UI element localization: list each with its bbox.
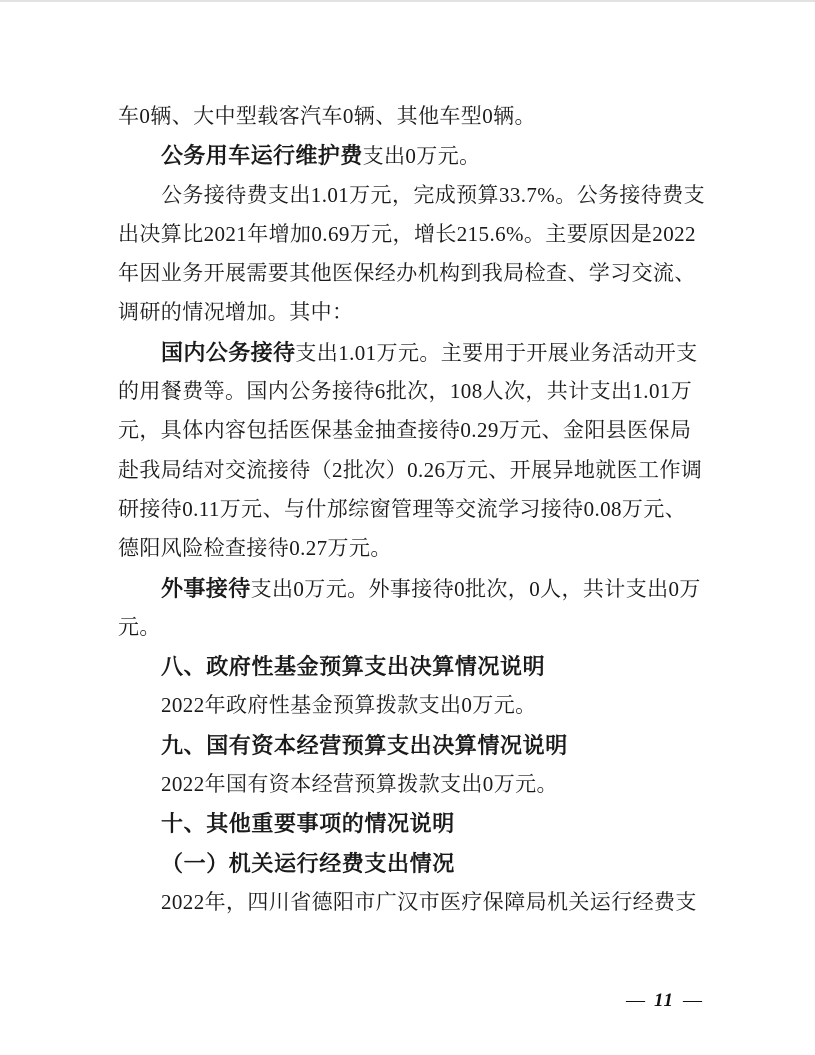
text-run: 德阳风险检查接待0.27万元。	[118, 536, 392, 560]
text-run: 2022年政府性基金预算拨款支出0万元。	[161, 693, 537, 717]
text-run: 支出1.01万元。主要用于开展业务活动开支	[295, 341, 697, 365]
text-line: 2022年，四川省德阳市广汉市医疗保障局机关运行经费支	[118, 883, 704, 922]
text-run: 调研的情况增加。其中：	[118, 300, 353, 324]
heading-line: （一）机关运行经费支出情况	[118, 844, 704, 883]
heading-line: 八、政府性基金预算支出决算情况说明	[118, 647, 704, 686]
text-run: 八、政府性基金预算支出决算情况说明	[161, 654, 545, 679]
text-run: 元，具体内容包括医保基金抽查接待0.29万元、金阳县医保局	[118, 418, 691, 442]
text-run: 九、国有资本经营预算支出决算情况说明	[161, 733, 568, 758]
text-run: 2022年，四川省德阳市广汉市医疗保障局机关运行经费支	[161, 890, 697, 914]
text-line: 德阳风险检查接待0.27万元。	[118, 529, 704, 568]
text-run: 年因业务开展需要其他医保经办机构到我局检查、学习交流、	[118, 261, 696, 285]
document-body: 车0辆、大中型载客汽车0辆、其他车型0辆。公务用车运行维护费支出0万元。公务接待…	[118, 97, 704, 922]
text-run: 出决算比2021年增加0.69万元，增长215.6%。主要原因是2022	[118, 222, 696, 246]
text-line: 元。	[118, 608, 704, 647]
text-line: 元，具体内容包括医保基金抽查接待0.29万元、金阳县医保局	[118, 411, 704, 450]
text-line: 国内公务接待支出1.01万元。主要用于开展业务活动开支	[118, 333, 704, 372]
text-line: 年因业务开展需要其他医保经办机构到我局检查、学习交流、	[118, 254, 704, 293]
footer-dash-left: —	[626, 990, 645, 1012]
document-page: 车0辆、大中型载客汽车0辆、其他车型0辆。公务用车运行维护费支出0万元。公务接待…	[0, 0, 815, 1055]
text-run: 元。	[118, 615, 161, 639]
text-line: 的用餐费等。国内公务接待6批次，108人次，共计支出1.01万	[118, 372, 704, 411]
text-run: 车0辆、大中型载客汽车0辆、其他车型0辆。	[118, 104, 536, 128]
text-line: 2022年国有资本经营预算拨款支出0万元。	[118, 765, 704, 804]
text-run: 支出0万元。	[363, 144, 481, 168]
text-run: （一）机关运行经费支出情况	[161, 851, 455, 876]
text-run: 公务接待费支出1.01万元，完成预算33.7%。公务接待费支	[161, 183, 705, 207]
page-number: 11	[654, 990, 674, 1012]
text-line: 研接待0.11万元、与什邡综窗管理等交流学习接待0.08万元、	[118, 490, 704, 529]
bold-term: 国内公务接待	[161, 340, 295, 365]
text-run: 支出0万元。外事接待0批次，0人，共计支出0万	[251, 577, 701, 601]
text-line: 出决算比2021年增加0.69万元，增长215.6%。主要原因是2022	[118, 215, 704, 254]
bold-term: 外事接待	[161, 576, 251, 601]
text-run: 赴我局结对交流接待（2批次）0.26万元、开展异地就医工作调	[118, 458, 702, 482]
footer-dash-right: —	[683, 990, 702, 1012]
page-top-edge-line	[0, 0, 815, 2]
text-line: 2022年政府性基金预算拨款支出0万元。	[118, 686, 704, 725]
bold-term: 公务用车运行维护费	[161, 143, 363, 168]
text-line: 公务用车运行维护费支出0万元。	[118, 136, 704, 175]
text-line: 公务接待费支出1.01万元，完成预算33.7%。公务接待费支	[118, 176, 704, 215]
text-run: 十、其他重要事项的情况说明	[161, 811, 455, 836]
text-run: 2022年国有资本经营预算拨款支出0万元。	[161, 772, 558, 796]
text-run: 的用餐费等。国内公务接待6批次，108人次，共计支出1.01万	[118, 379, 692, 403]
text-line: 调研的情况增加。其中：	[118, 293, 704, 332]
text-line: 车0辆、大中型载客汽车0辆、其他车型0辆。	[118, 97, 704, 136]
text-run: 研接待0.11万元、与什邡综窗管理等交流学习接待0.08万元、	[118, 497, 686, 521]
page-footer: — 11 —	[626, 990, 702, 1012]
text-line: 赴我局结对交流接待（2批次）0.26万元、开展异地就医工作调	[118, 451, 704, 490]
heading-line: 九、国有资本经营预算支出决算情况说明	[118, 726, 704, 765]
text-line: 外事接待支出0万元。外事接待0批次，0人，共计支出0万	[118, 569, 704, 608]
heading-line: 十、其他重要事项的情况说明	[118, 804, 704, 843]
